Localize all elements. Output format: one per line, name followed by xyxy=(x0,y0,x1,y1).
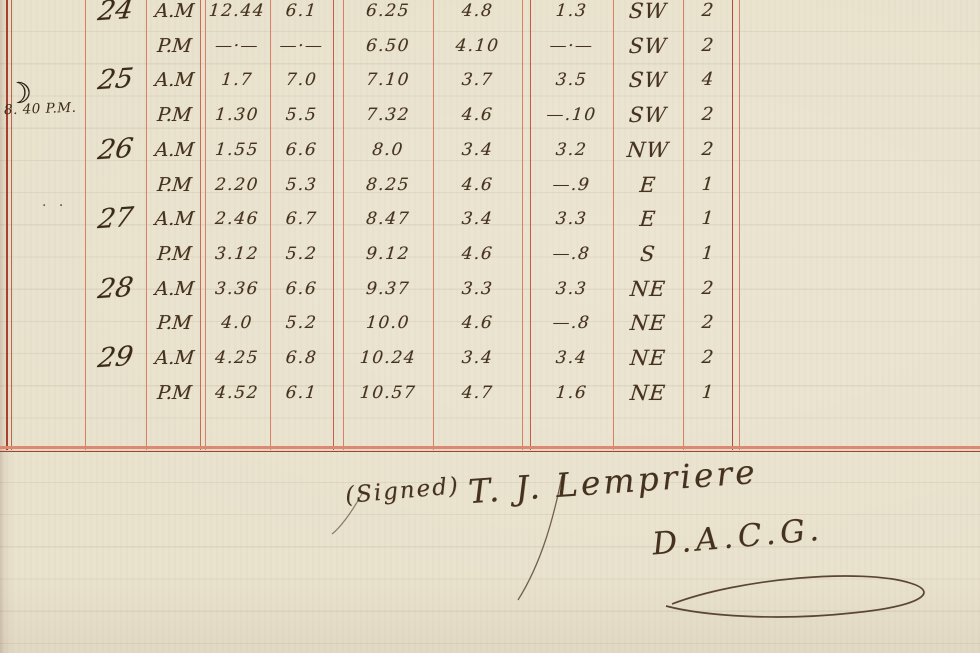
cell-c3: 10.24 xyxy=(341,340,434,375)
cell-c1: 1.7 xyxy=(202,62,271,97)
cell-c5: 3.2 xyxy=(528,132,614,167)
cell-c3: 7.10 xyxy=(341,62,434,97)
table-bottom-rule xyxy=(0,446,980,449)
cell-c4: 4.6 xyxy=(431,236,523,271)
cell-c1: 2.20 xyxy=(202,167,271,202)
cell-wind: E xyxy=(611,201,684,236)
cell-c1: 3.12 xyxy=(202,236,271,271)
cell-date: 26 xyxy=(82,130,149,169)
cell-force: 1 xyxy=(681,236,733,271)
cell-force: 2 xyxy=(681,28,733,63)
cell-c2: 6.1 xyxy=(268,375,334,410)
table-bottom-rule xyxy=(0,451,980,452)
table-row: P.M4.05.210.04.6—.8NE2 xyxy=(0,305,980,340)
cell-c1: 12.44 xyxy=(202,0,271,28)
cell-c4: 4.6 xyxy=(431,97,523,132)
cell-date xyxy=(82,95,149,134)
table-row: P.M—·——·—6.504.10—·—SW2 xyxy=(0,28,980,63)
cell-c4: 4.8 xyxy=(431,0,523,28)
cell-c2: 6.1 xyxy=(268,0,334,28)
cell-force: 1 xyxy=(681,167,733,202)
cell-force: 4 xyxy=(681,62,733,97)
cell-c5: 1.6 xyxy=(528,375,614,410)
cell-c4: 4.7 xyxy=(431,375,523,410)
cell-force: 2 xyxy=(681,132,733,167)
cell-c1: 4.52 xyxy=(202,375,271,410)
cell-c1: 4.25 xyxy=(202,340,271,375)
cell-c2: 6.6 xyxy=(268,132,334,167)
cell-c2: 5.5 xyxy=(268,97,334,132)
cell-date xyxy=(82,26,149,65)
cell-c1: —·— xyxy=(202,28,271,63)
cell-date: 28 xyxy=(82,269,149,308)
cell-c5: —.8 xyxy=(528,236,614,271)
cell-c4: 3.3 xyxy=(431,271,523,306)
table-row: P.M3.125.29.124.6—.8S1 xyxy=(0,236,980,271)
cell-wind: SW xyxy=(611,97,684,132)
cell-force: 2 xyxy=(681,97,733,132)
cell-force: 2 xyxy=(681,340,733,375)
cell-c1: 2.46 xyxy=(202,201,271,236)
cell-c2: 6.8 xyxy=(268,340,334,375)
cell-wind: NE xyxy=(611,271,684,306)
cell-c2: 6.6 xyxy=(268,271,334,306)
cell-c4: 3.4 xyxy=(431,201,523,236)
cell-c4: 3.7 xyxy=(431,62,523,97)
cell-c4: 3.4 xyxy=(431,340,523,375)
cell-c4: 4.6 xyxy=(431,305,523,340)
cell-wind: SW xyxy=(611,0,684,28)
table-row: P.M4.526.110.574.71.6NE1 xyxy=(0,375,980,410)
table-row: 27A.M2.466.78.473.43.3E1 xyxy=(0,201,980,236)
stray-ink-marks: · · xyxy=(42,198,67,214)
cell-date: 27 xyxy=(82,199,149,238)
cell-c5: —.9 xyxy=(528,167,614,202)
table-row: 26A.M1.556.68.03.43.2NW2 xyxy=(0,132,980,167)
cell-c5: —.10 xyxy=(528,97,614,132)
cell-ampm: A.M xyxy=(144,201,204,236)
cell-ampm: P.M xyxy=(144,28,204,63)
cell-c2: 7.0 xyxy=(268,62,334,97)
cell-ampm: P.M xyxy=(144,375,204,410)
cell-c3: 8.25 xyxy=(341,167,434,202)
table-row: 29A.M4.256.810.243.43.4NE2 xyxy=(0,340,980,375)
scanned-register-page: { "document": { "kind": "handwritten tid… xyxy=(0,0,980,653)
cell-ampm: A.M xyxy=(144,0,204,28)
table-row: P.M1.305.57.324.6—.10SW2 xyxy=(0,97,980,132)
cell-c3: 9.12 xyxy=(341,236,434,271)
cell-c5: —·— xyxy=(528,28,614,63)
cell-c3: 10.57 xyxy=(341,375,434,410)
cell-ampm: A.M xyxy=(144,340,204,375)
cell-wind: SW xyxy=(611,28,684,63)
cell-ampm: A.M xyxy=(144,132,204,167)
cell-c2: 5.3 xyxy=(268,167,334,202)
cell-force: 2 xyxy=(681,305,733,340)
table-row: 25A.M1.77.07.103.73.5SW4 xyxy=(0,62,980,97)
cell-c4: 3.4 xyxy=(431,132,523,167)
cell-c2: 5.2 xyxy=(268,305,334,340)
cell-force: 2 xyxy=(681,271,733,306)
cell-c2: —·— xyxy=(268,28,334,63)
cell-c3: 8.0 xyxy=(341,132,434,167)
cell-c3: 10.0 xyxy=(341,305,434,340)
cell-wind: NW xyxy=(611,132,684,167)
cell-date xyxy=(82,164,149,203)
cell-c4: 4.10 xyxy=(431,28,523,63)
cell-force: 1 xyxy=(681,375,733,410)
cell-wind: NE xyxy=(611,340,684,375)
cell-wind: NE xyxy=(611,375,684,410)
cell-wind: SW xyxy=(611,62,684,97)
cell-date xyxy=(82,303,149,342)
table-row: P.M2.205.38.254.6—.9E1 xyxy=(0,167,980,202)
cell-date: 29 xyxy=(82,338,149,377)
cell-c4: 4.6 xyxy=(431,167,523,202)
cell-force: 1 xyxy=(681,201,733,236)
cell-c3: 6.50 xyxy=(341,28,434,63)
cell-c1: 4.0 xyxy=(202,305,271,340)
cell-c3: 8.47 xyxy=(341,201,434,236)
cell-c3: 9.37 xyxy=(341,271,434,306)
cell-wind: NE xyxy=(611,305,684,340)
cell-c5: 3.5 xyxy=(528,62,614,97)
cell-ampm: P.M xyxy=(144,236,204,271)
cell-c1: 1.30 xyxy=(202,97,271,132)
cell-ampm: P.M xyxy=(144,305,204,340)
cell-c2: 5.2 xyxy=(268,236,334,271)
cell-date xyxy=(82,373,149,412)
cell-c3: 6.25 xyxy=(341,0,434,28)
table-row: 28A.M3.366.69.373.33.3NE2 xyxy=(0,271,980,306)
moon-time-note: 8. 40 P.M. xyxy=(4,100,77,119)
table-row: 24A.M12.446.16.254.81.3SW2 xyxy=(0,0,980,28)
cell-c1: 1.55 xyxy=(202,132,271,167)
cell-date xyxy=(82,234,149,273)
cell-ampm: A.M xyxy=(144,62,204,97)
cell-c1: 3.36 xyxy=(202,271,271,306)
cell-c5: 3.4 xyxy=(528,340,614,375)
cell-c5: —.8 xyxy=(528,305,614,340)
cell-ampm: A.M xyxy=(144,271,204,306)
cell-ampm: P.M xyxy=(144,167,204,202)
cell-wind: E xyxy=(611,167,684,202)
cell-c5: 3.3 xyxy=(528,201,614,236)
cell-force: 2 xyxy=(681,0,733,28)
cell-c3: 7.32 xyxy=(341,97,434,132)
cell-date: 25 xyxy=(82,60,149,99)
cell-c5: 3.3 xyxy=(528,271,614,306)
cell-c5: 1.3 xyxy=(528,0,614,28)
cell-wind: S xyxy=(611,236,684,271)
cell-ampm: P.M xyxy=(144,97,204,132)
cell-c2: 6.7 xyxy=(268,201,334,236)
